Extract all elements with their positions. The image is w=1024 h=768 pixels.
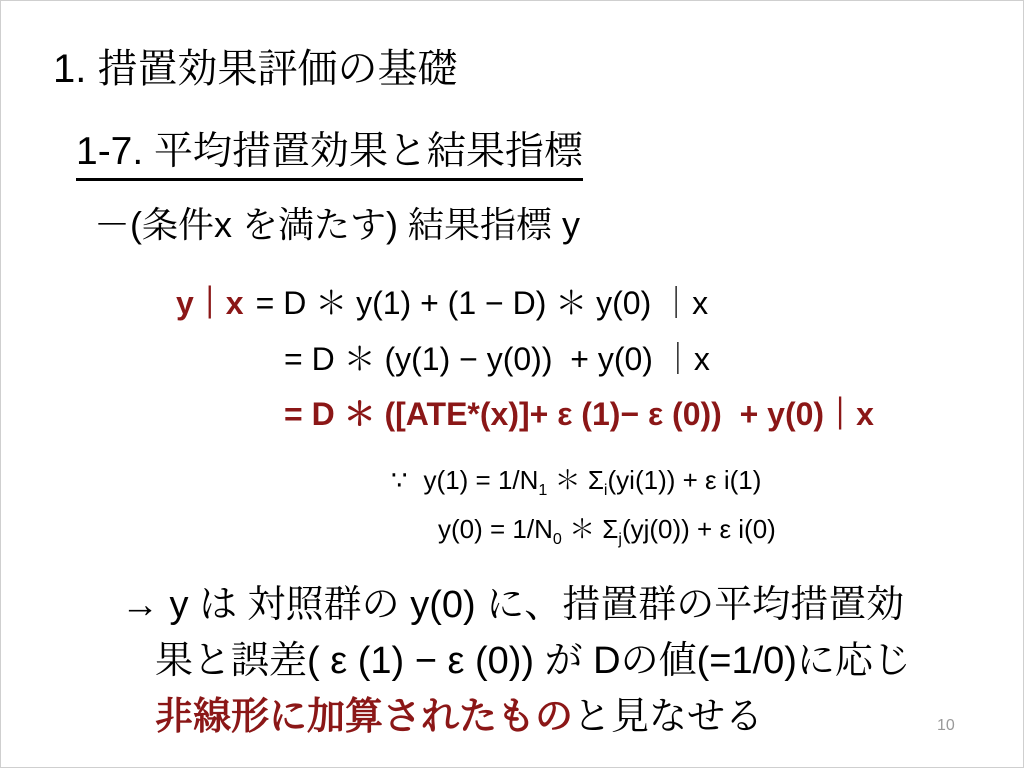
equation-line-1-rhs: = D ＊ y(1) + (1 − D) ＊ y(0) ｜x [256, 285, 709, 321]
conclusion-highlight: 非線形に加算されたもの [155, 696, 573, 738]
because-line-2-sigma: ＊ Σ [562, 514, 619, 544]
because-line-2: y(0) = 1/N0 ＊ Σj(yj(0)) + ε i(0) [438, 509, 776, 546]
conclusion-line-2: 果と誤差( ε (1) − ε (0)) が Dの値(=1/0)に応じ [155, 629, 911, 684]
because-line-1-tail: (yi(1)) + ε i(1) [608, 465, 762, 495]
slide: 1. 措置効果評価の基礎 1-7. 平均措置効果と結果指標 －(条件x を満たす… [0, 0, 1024, 768]
subscript-n0: 0 [553, 530, 562, 548]
condition-line: －(条件x を満たす) 結果指標 y [94, 197, 580, 248]
conclusion-line-3-rest: と見なせる [573, 696, 763, 738]
equation-line-2: = D ＊ (y(1) − y(0)) + y(0) ｜x [284, 334, 710, 380]
page-number: 10 [937, 717, 955, 735]
conclusion-line-3: 非線形に加算されたものと見なせる [155, 685, 763, 740]
because-line-2-text: y(0) = 1/N [438, 514, 553, 544]
equation-lhs-y-given-x: y｜x [176, 285, 244, 321]
because-line-1: ∵y(1) = 1/N1 ＊ Σi(yi(1)) + ε i(1) [391, 460, 761, 497]
because-line-1-sigma: ＊ Σ [547, 465, 604, 495]
equation-line-1: y｜x= D ＊ y(1) + (1 − D) ＊ y(0) ｜x [176, 278, 708, 324]
because-symbol: ∵ [391, 465, 408, 495]
conclusion-line-1: → y は 対照群の y(0) に、措置群の平均措置効 [121, 573, 904, 628]
equation-line-3-highlighted: = D ＊ ([ATE*(x)]+ ε (1)− ε (0)) + y(0)｜x [284, 389, 874, 435]
because-line-1-text: y(1) = 1/N [424, 465, 539, 495]
page-title: 1. 措置効果評価の基礎 [53, 37, 457, 94]
because-line-2-tail: (yj(0)) + ε i(0) [622, 514, 776, 544]
section-heading: 1-7. 平均措置効果と結果指標 [76, 120, 583, 181]
